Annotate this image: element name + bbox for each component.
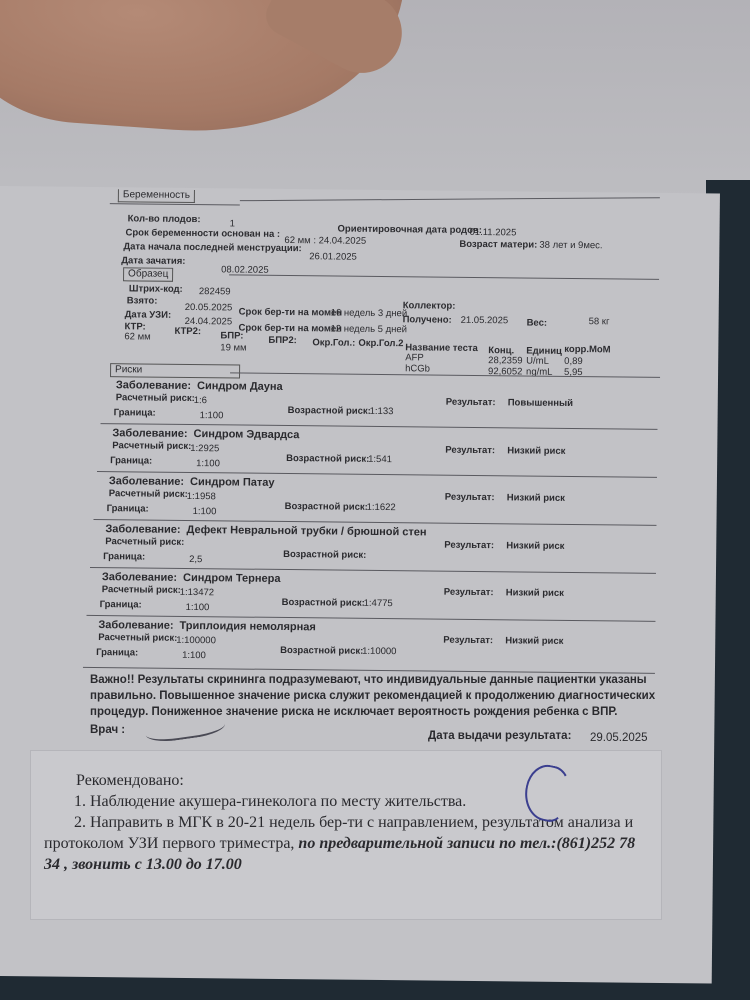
age-risk-label: Возрастной риск:: [286, 453, 369, 465]
disease-name: Синдром Патау: [190, 476, 275, 489]
border-value: 1:100: [200, 410, 224, 421]
us-date-label: Дата УЗИ:: [125, 309, 172, 320]
section-pregnancy: Беременность: [118, 189, 195, 203]
lmp-label: Дата начала последней менструации:: [123, 241, 301, 254]
result-label: Результат:: [444, 587, 494, 599]
divider: [230, 372, 660, 378]
disease-name: Синдром Дауна: [197, 380, 283, 393]
risk-disease-title: Заболевание:Синдром Тернера: [102, 571, 281, 585]
collector-label: Коллектор:: [403, 300, 456, 312]
section-sample: Образец: [123, 267, 173, 282]
calc-risk-value: 1:1958: [187, 491, 216, 502]
risk-disease-title: Заболевание:Синдром Эдвардса: [112, 427, 299, 441]
border-value: 1:100: [182, 650, 206, 661]
border-label: Граница:: [100, 599, 142, 610]
term-at-value: 16 недель 3 дней: [331, 307, 408, 319]
age-risk-label: Возрастной риск:: [283, 549, 366, 561]
calc-risk-value: 1:100000: [176, 635, 216, 646]
conception-label: Дата зачатия:: [121, 255, 185, 267]
recommendation-item: 2. Направить в МГК в 20-21 недель бер-ти…: [44, 812, 654, 875]
border-label: Граница:: [114, 407, 156, 418]
barcode-value: 282459: [199, 286, 231, 297]
test-header-mom: корр.МоМ: [564, 344, 610, 355]
hc2-label: Окр.Гол.2: [358, 338, 403, 349]
calc-risk-label: Расчетный риск:: [102, 584, 181, 596]
taken-label: Взято:: [127, 295, 158, 306]
barcode-label: Штрих-код:: [129, 283, 183, 295]
disease-label: Заболевание:: [98, 619, 173, 632]
age-risk-value: 1:133: [370, 406, 394, 417]
taken-value: 20.05.2025: [185, 302, 233, 313]
result-label: Результат:: [445, 492, 495, 504]
test-name: hCGb: [405, 363, 430, 374]
age-risk-value: 1:4775: [364, 598, 393, 609]
age-risk-label: Возрастной риск:: [288, 405, 371, 417]
divider: [240, 197, 660, 201]
border-label: Граница:: [96, 647, 138, 658]
result-label: Результат:: [444, 539, 494, 551]
issue-date-label: Дата выдачи результата:: [428, 728, 571, 744]
hc-label: Окр.Гол.:: [312, 337, 355, 348]
calc-risk-label: Расчетный риск:: [116, 392, 195, 404]
disease-label: Заболевание:: [109, 475, 184, 488]
calc-risk-label: Расчетный риск:: [105, 536, 184, 548]
disease-name: Синдром Тернера: [183, 572, 281, 585]
result-label: Результат:: [446, 397, 496, 409]
age-risk-value: 1:10000: [362, 646, 396, 657]
ktr2-label: КТР2:: [174, 326, 201, 337]
calc-risk-label: Расчетный риск:: [112, 440, 191, 452]
age-risk-label: Возрастной риск:: [280, 645, 363, 657]
weight-label: Вес:: [527, 318, 548, 329]
term-basis-label: Срок беременности основан на :: [125, 227, 280, 240]
calc-risk-value: 1:13472: [180, 587, 214, 598]
bpr2-label: БПР2:: [268, 335, 297, 346]
border-value: 1:100: [196, 458, 220, 469]
disease-label: Заболевание:: [105, 523, 180, 536]
border-value: 1:100: [186, 602, 210, 613]
result-value: Низкий риск: [507, 445, 565, 457]
divider: [229, 274, 659, 280]
age-risk-label: Возрастной риск:: [282, 597, 365, 609]
test-unit: U/mL: [526, 356, 549, 367]
term-at-value: 12 недель 5 дней: [330, 323, 407, 335]
calc-risk-label: Расчетный риск:: [109, 488, 188, 500]
mother-age-value: 38 лет и 9мес.: [539, 240, 602, 252]
risk-disease-title: Заболевание:Синдром Дауна: [116, 379, 283, 393]
disease-label: Заболевание:: [112, 427, 187, 440]
disease-name: Синдром Эдвардса: [193, 428, 299, 441]
result-value: Низкий риск: [507, 492, 565, 504]
issue-date-value: 29.05.2025: [590, 730, 648, 746]
disease-label: Заболевание:: [102, 571, 177, 584]
bpr-value: 19 мм: [220, 342, 246, 353]
result-value: Низкий риск: [506, 587, 564, 599]
result-value: Повышенный: [508, 397, 573, 409]
divider: [110, 203, 240, 205]
border-value: 2,5: [189, 554, 202, 565]
term-at-label: Срок бер-ти на момен: [239, 307, 343, 319]
fetus-count-label: Кол-во плодов:: [128, 213, 201, 225]
lmp-value: 26.01.2025: [309, 251, 357, 262]
disease-name: Дефект Невральной трубки / брюшной стен: [186, 524, 426, 539]
result-value: Низкий риск: [506, 540, 564, 552]
border-label: Граница:: [107, 503, 149, 514]
age-risk-value: 1:541: [368, 454, 392, 465]
result-value: Низкий риск: [505, 635, 563, 647]
bpr-label: БПР:: [220, 330, 243, 341]
calc-risk-value: 1:2925: [190, 443, 219, 454]
risk-disease-title: Заболевание:Триплоидия немолярная: [98, 619, 316, 633]
disease-name: Триплоидия немолярная: [179, 620, 315, 633]
age-risk-value: 1:1622: [367, 502, 396, 513]
notice-text: Важно!! Результаты скрининга подразумева…: [90, 672, 660, 720]
border-value: 1:100: [193, 506, 217, 517]
test-conc: 28,2359: [488, 355, 522, 366]
test-mom: 0,89: [564, 356, 583, 367]
due-date-label: Ориентировочная дата родов:: [338, 224, 482, 237]
doctor-label: Врач :: [90, 722, 125, 738]
term-at-label: Срок бер-ти на момен: [238, 323, 342, 335]
border-label: Граница:: [103, 551, 145, 562]
due-date-value: 01.11.2025: [469, 227, 516, 238]
result-label: Результат:: [445, 444, 495, 456]
calc-risk-label: Расчетный риск:: [98, 632, 177, 644]
received-label: Получено:: [403, 314, 452, 326]
disease-label: Заболевание:: [116, 379, 191, 392]
calc-risk-value: 1:6: [194, 395, 207, 406]
weight-value: 58 кг: [589, 316, 610, 327]
test-name: AFP: [405, 352, 424, 363]
border-label: Граница:: [110, 455, 152, 466]
ktr-value: 62 мм: [124, 331, 150, 342]
mother-age-label: Возраст матери:: [459, 239, 537, 251]
result-label: Результат:: [443, 634, 493, 646]
received-value: 21.05.2025: [461, 315, 509, 326]
risk-disease-title: Заболевание:Синдром Патау: [109, 475, 275, 489]
section-risks: Риски: [110, 363, 240, 378]
age-risk-label: Возрастной риск:: [285, 501, 368, 513]
